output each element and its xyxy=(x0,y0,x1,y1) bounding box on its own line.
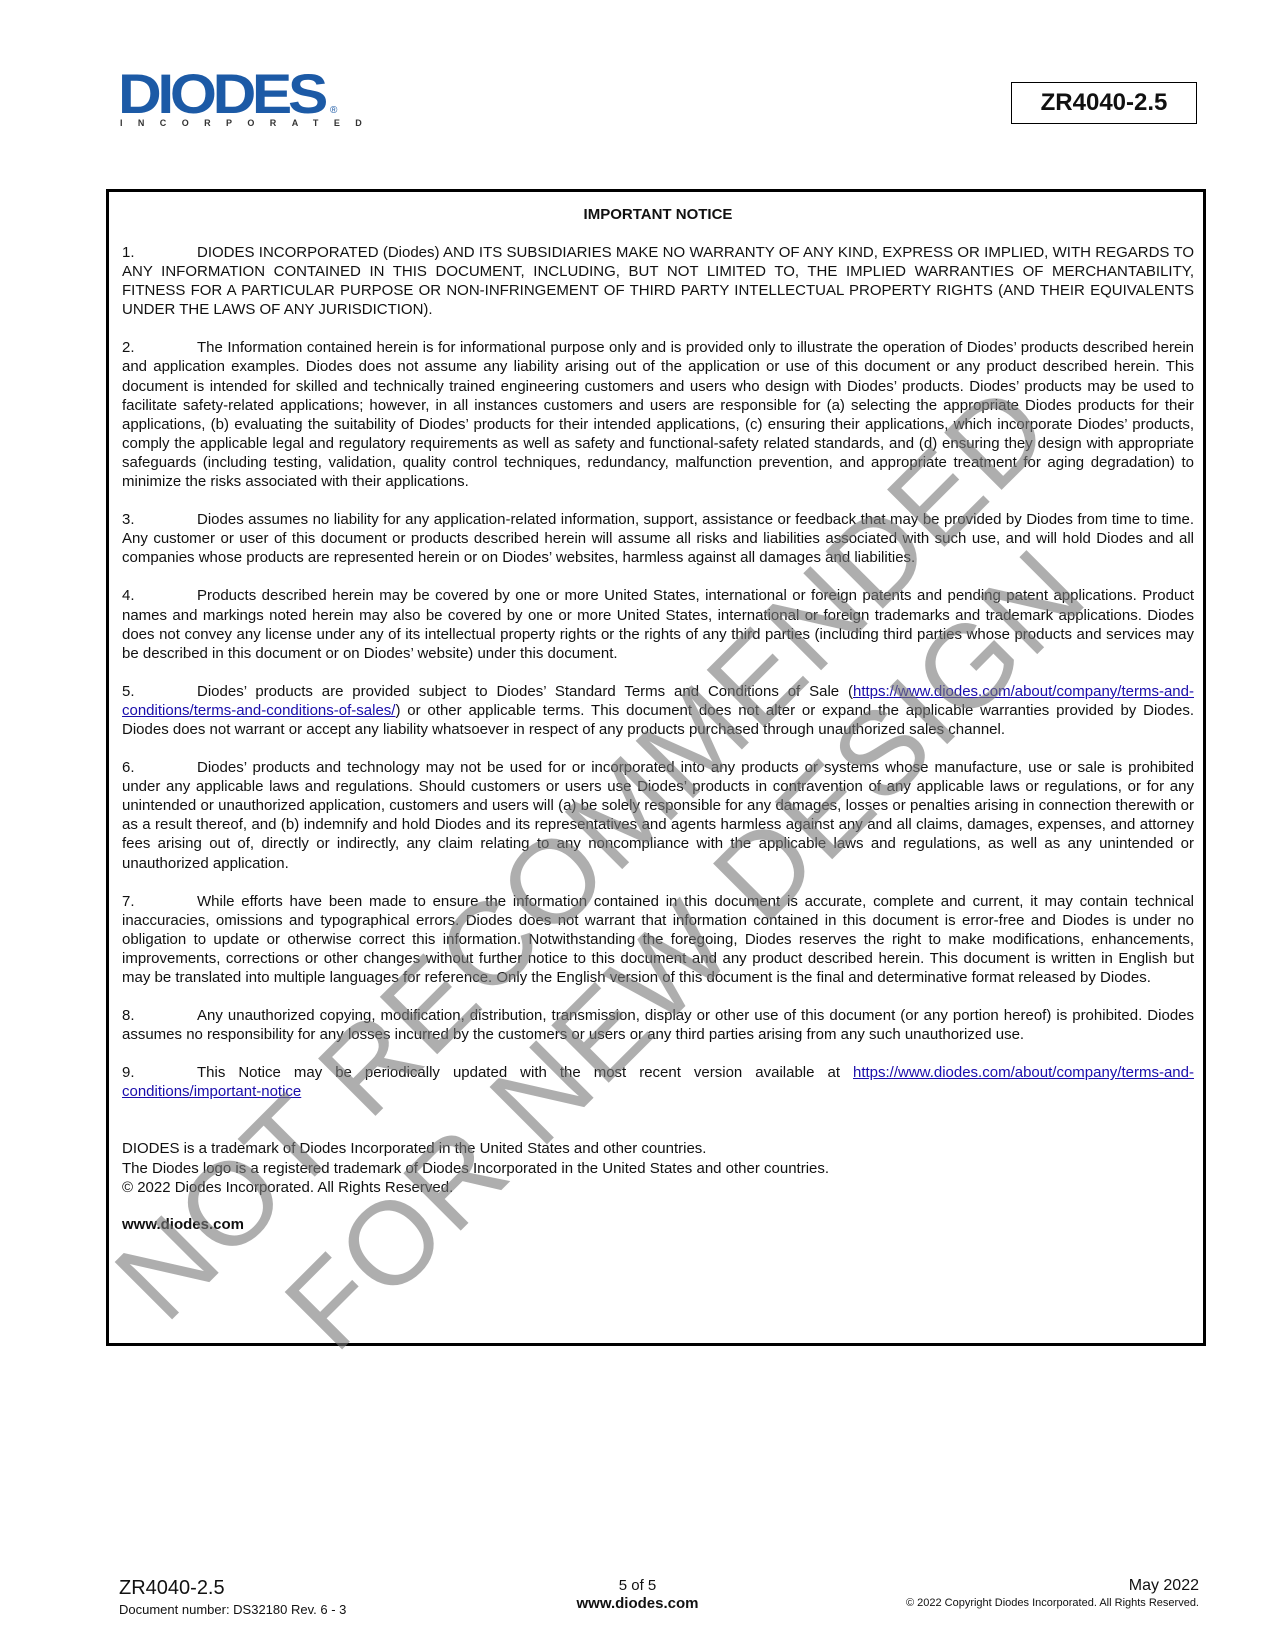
notice-content: IMPORTANT NOTICE 1.DIODES INCORPORATED (… xyxy=(122,204,1194,1233)
footer-copyright: © 2022 Copyright Diodes Incorporated. Al… xyxy=(906,1597,1199,1609)
logo-wordmark: DIODES xyxy=(118,68,324,120)
notice-paragraph-9: 9.This Notice may be periodically update… xyxy=(122,1063,1194,1101)
notice-title: IMPORTANT NOTICE xyxy=(122,206,1194,223)
notice-paragraph-7: 7.While efforts have been made to ensure… xyxy=(122,892,1194,987)
paragraph-text: Any unauthorized copying, modification, … xyxy=(122,1007,1194,1043)
notice-paragraph-2: 2.The Information contained herein is fo… xyxy=(122,338,1194,491)
notice-paragraph-8: 8.Any unauthorized copying, modification… xyxy=(122,1006,1194,1044)
paragraph-number: 3. xyxy=(122,510,197,529)
notice-paragraph-4: 4.Products described herein may be cover… xyxy=(122,586,1194,662)
registered-mark-icon: ® xyxy=(330,105,337,116)
diodes-logo: DIODES INCORPORATED xyxy=(118,68,348,130)
paragraph-text: Diodes’ products and technology may not … xyxy=(122,759,1194,871)
trademark-line: DIODES is a trademark of Diodes Incorpor… xyxy=(122,1139,1194,1158)
paragraph-text: Products described herein may be covered… xyxy=(122,587,1194,661)
notice-paragraph-3: 3.Diodes assumes no liability for any ap… xyxy=(122,510,1194,567)
notice-paragraph-5: 5.Diodes’ products are provided subject … xyxy=(122,682,1194,739)
notice-paragraph-1: 1.DIODES INCORPORATED (Diodes) AND ITS S… xyxy=(122,243,1194,319)
paragraph-number: 6. xyxy=(122,758,197,777)
notice-paragraph-6: 6.Diodes’ products and technology may no… xyxy=(122,758,1194,873)
paragraph-number: 9. xyxy=(122,1063,197,1082)
paragraph-text: While efforts have been made to ensure t… xyxy=(122,893,1194,986)
footer-date: May 2022 xyxy=(906,1577,1199,1595)
paragraph-number: 7. xyxy=(122,892,197,911)
paragraph-number: 1. xyxy=(122,243,197,262)
notice-website: www.diodes.com xyxy=(122,1216,1194,1233)
copyright-line: © 2022 Diodes Incorporated. All Rights R… xyxy=(122,1178,1194,1197)
logo-subtext: INCORPORATED xyxy=(120,118,377,128)
trademark-statements: DIODES is a trademark of Diodes Incorpor… xyxy=(122,1139,1194,1196)
paragraph-text: DIODES INCORPORATED (Diodes) AND ITS SUB… xyxy=(122,244,1194,318)
paragraph-text: The Information contained herein is for … xyxy=(122,339,1194,490)
paragraph-number: 5. xyxy=(122,682,197,701)
paragraph-text: Diodes assumes no liability for any appl… xyxy=(122,511,1194,566)
footer-right: May 2022 © 2022 Copyright Diodes Incorpo… xyxy=(906,1577,1199,1609)
paragraph-text: Diodes’ products are provided subject to… xyxy=(197,683,853,700)
important-notice-box: IMPORTANT NOTICE 1.DIODES INCORPORATED (… xyxy=(106,189,1206,1346)
trademark-line: The Diodes logo is a registered trademar… xyxy=(122,1159,1194,1178)
paragraph-number: 8. xyxy=(122,1006,197,1025)
part-number-header: ZR4040-2.5 xyxy=(1011,82,1197,124)
paragraph-number: 2. xyxy=(122,338,197,357)
paragraph-text: This Notice may be periodically updated … xyxy=(197,1064,853,1081)
paragraph-number: 4. xyxy=(122,586,197,605)
